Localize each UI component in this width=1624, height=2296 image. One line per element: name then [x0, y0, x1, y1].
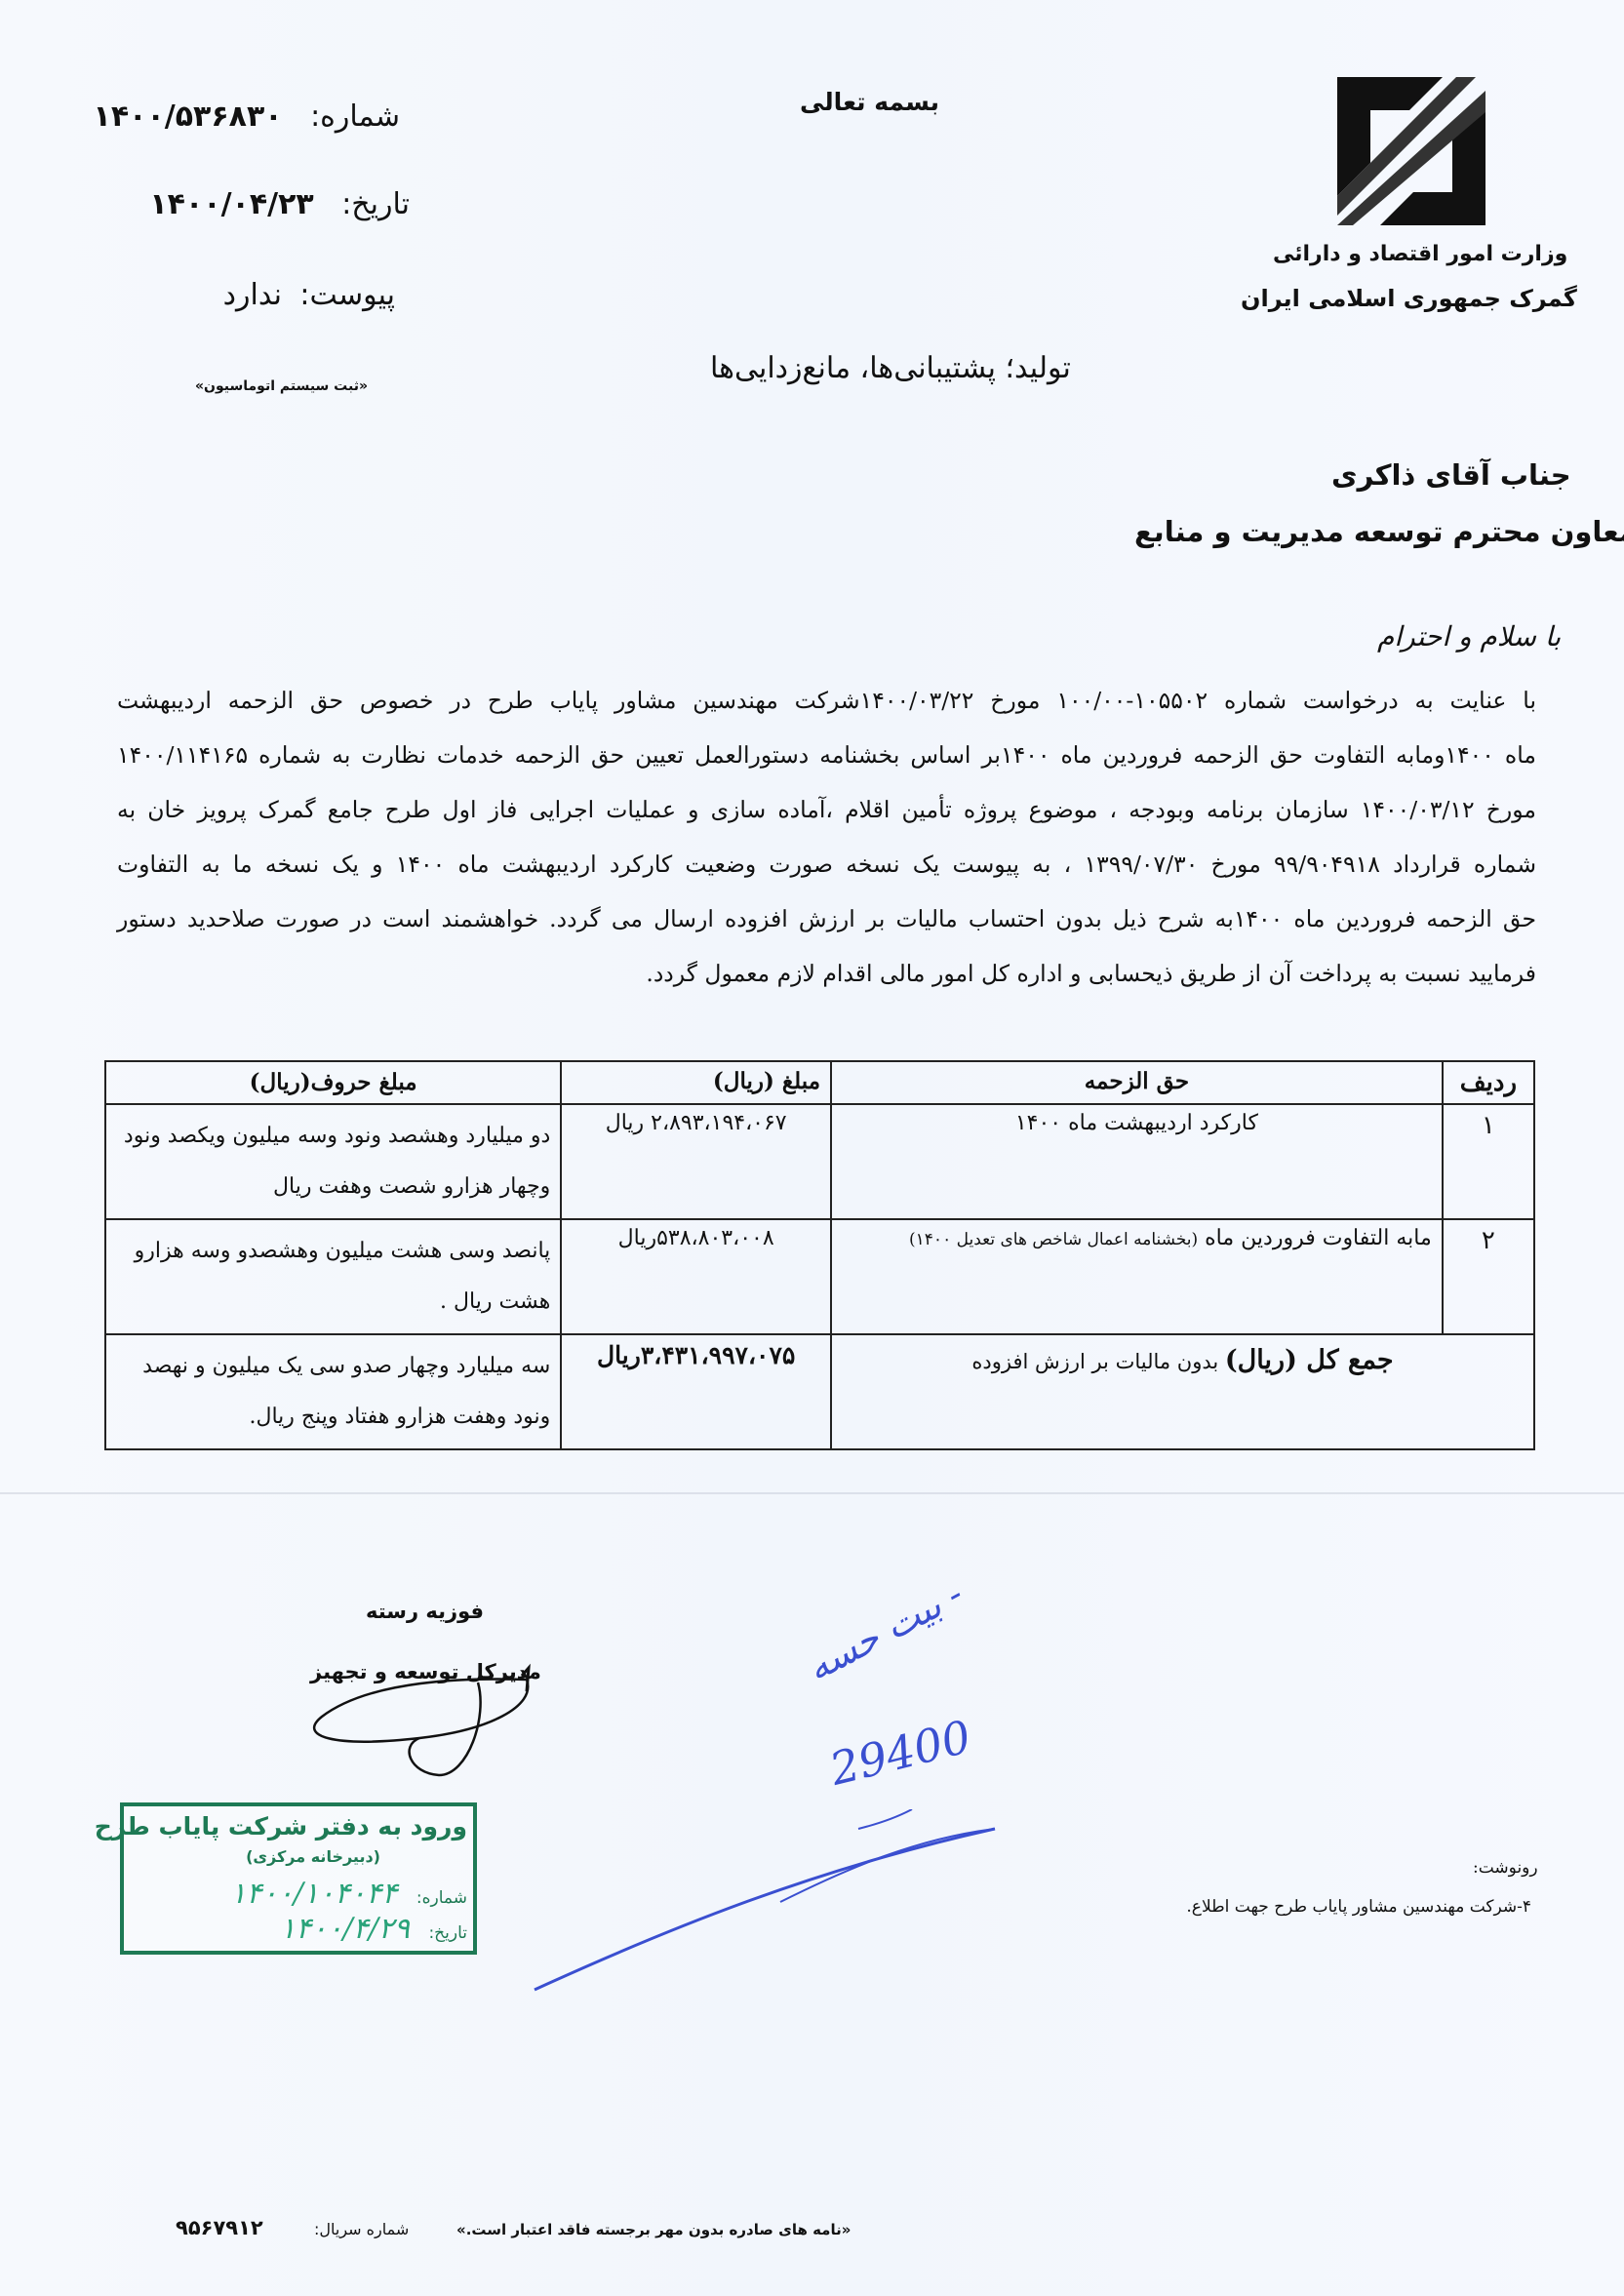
header-amount: مبلغ (ریال)	[561, 1061, 831, 1104]
row-description: مابه التفاوت فروردین ماه (بخشنامه اعمال …	[831, 1219, 1443, 1334]
letter-attachment: پیوست: ندارد	[200, 278, 395, 312]
row-amount-words: دو میلیارد وهشصد ونود وسه میلیون ویکصد و…	[105, 1104, 561, 1219]
row-index: ۲	[1443, 1219, 1534, 1334]
row-description-note: (بخشنامه اعمال شاخص های تعدیل ۱۴۰۰)	[909, 1230, 1198, 1249]
body-line: فرمایید نسبت به پرداخت آن از طریق ذیحساب…	[117, 946, 1536, 1001]
row-description-text: مابه التفاوت فروردین ماه	[1205, 1226, 1432, 1250]
serial-label: شماره سریال:	[314, 2220, 409, 2238]
handwritten-note-text: - بیت حسه	[800, 1572, 970, 1690]
stamp-number-label: شماره:	[416, 1888, 467, 1908]
letter-number-label: شماره:	[310, 99, 400, 134]
recipient-title: معاون محترم توسعه مدیریت و منابع	[1134, 515, 1624, 548]
stamp-date-label: تاریخ:	[428, 1923, 467, 1943]
greeting: با سلام و احترام	[1377, 620, 1561, 653]
row-amount-words: پانصد وسی هشت میلیون وهشصدو وسه هزارو هش…	[105, 1219, 561, 1334]
serial-value: ۹۵۶۷۹۱۲	[176, 2216, 263, 2239]
body-line: با عنایت به درخواست شماره ۱۰۵۵۰۲-۱۰۰/۰۰ …	[117, 673, 1536, 728]
stamp-number-value: ۱۴۰۰/۱۰۴۰۴۴	[230, 1877, 397, 1911]
stamp-date: تاریخ: ۱۴۰۰/۴/۲۹	[280, 1912, 467, 1946]
letter-date: تاریخ: ۱۴۰۰/۰۴/۲۳	[117, 187, 410, 221]
body-line: ماه ۱۴۰۰ومابه التفاوت حق الزحمه فروردین …	[117, 728, 1536, 782]
approval-signature-stroke-icon	[527, 1809, 1014, 2004]
table-total-row: جمع کل (ریال) بدون مالیات بر ارزش افزوده…	[105, 1334, 1534, 1449]
row-amount: ۲،۸۹۳،۱۹۴،۰۶۷ ریال	[561, 1104, 831, 1219]
signatory-name: فوزیه رسته	[366, 1600, 484, 1623]
body-line: حق الزحمه فروردین ماه ۱۴۰۰به شرح ذیل بدو…	[117, 891, 1536, 946]
bismillah-heading: بسمه تعالی	[800, 88, 939, 116]
entry-stamp: ورود به دفتر شرکت پایاب طرح (دبیرخانه مر…	[120, 1802, 477, 1955]
stamp-number: شماره: ۱۴۰۰/۱۰۴۰۴۴	[230, 1877, 467, 1911]
table-row: ۱ کارکرد اردیبهشت ماه ۱۴۰۰ ۲،۸۹۳،۱۹۴،۰۶۷…	[105, 1104, 1534, 1219]
total-label: جمع کل (ریال) بدون مالیات بر ارزش افزوده	[831, 1334, 1534, 1449]
attachment-label: پیوست:	[299, 278, 395, 312]
total-label-text: جمع کل (ریال) بدون مالیات بر ارزش افزوده	[971, 1345, 1393, 1375]
stamp-title: ورود به دفتر شرکت پایاب طرح	[95, 1812, 467, 1841]
row-description: کارکرد اردیبهشت ماه ۱۴۰۰	[831, 1104, 1443, 1219]
total-label-rest: بدون مالیات بر ارزش افزوده	[971, 1350, 1225, 1373]
total-label-bold: جمع کل (ریال)	[1225, 1345, 1394, 1375]
header-amount-words: مبلغ حروف(ریال)	[105, 1061, 561, 1104]
footer-notice: «نامه های صادره بدون مهر برجسته فاقد اعت…	[456, 2221, 851, 2238]
letter-date-label: تاریخ:	[341, 187, 410, 221]
slogan: تولید؛ پشتیبانی‌ها، مانع‌زدایی‌ها	[710, 351, 1071, 385]
body-line: مورخ ۱۴۰۰/۰۳/۱۲ سازمان برنامه وبودجه ، م…	[117, 782, 1536, 837]
row-amount: ۵۳۸،۸۰۳،۰۰۸ریال	[561, 1219, 831, 1334]
table-header-row: ردیف حق الزحمه مبلغ (ریال) مبلغ حروف(ریا…	[105, 1061, 1534, 1104]
total-amount-words: سه میلیارد وچهار صدو سی یک میلیون و نهصد…	[105, 1334, 561, 1449]
letter-number-value: ۱۴۰۰/۵۳۶۸۳۰	[94, 99, 283, 134]
cc-item: ۴-شرکت مهندسین مشاور پایاب طرح جهت اطلاع…	[1170, 1897, 1531, 1917]
header-description: حق الزحمه	[831, 1061, 1443, 1104]
recipient-name: جناب آقای ذاکری	[1331, 458, 1571, 492]
header-index: ردیف	[1443, 1061, 1534, 1104]
customs-name: گمرک جمهوری اسلامی ایران	[1241, 285, 1577, 312]
ministry-name: وزارت امور اقتصاد و دارائی	[1273, 242, 1567, 266]
table-row: ۲ مابه التفاوت فروردین ماه (بخشنامه اعما…	[105, 1219, 1534, 1334]
paper-fold-line	[0, 1492, 1624, 1494]
row-index: ۱	[1443, 1104, 1534, 1219]
cc-label: رونوشت:	[1473, 1858, 1538, 1878]
body-paragraph: با عنایت به درخواست شماره ۱۰۵۵۰۲-۱۰۰/۰۰ …	[117, 673, 1536, 1001]
row-description-text: کارکرد اردیبهشت ماه ۱۴۰۰	[1015, 1111, 1258, 1135]
stamp-subtitle: (دبیرخانه مرکزی)	[246, 1847, 380, 1866]
letter-number: شماره: ۱۴۰۰/۵۳۶۸۳۰	[107, 99, 400, 134]
letter-date-value: ۱۴۰۰/۰۴/۲۳	[149, 187, 313, 221]
total-amount: ۳،۴۳۱،۹۹۷،۰۷۵ریال	[561, 1334, 831, 1449]
stamp-date-value: ۱۴۰۰/۴/۲۹	[280, 1912, 410, 1946]
letter-page: بسمه تعالی شماره: ۱۴۰۰/۵۳۶۸۳۰ تاریخ: ۱۴۰…	[0, 0, 1624, 2296]
fees-table: ردیف حق الزحمه مبلغ (ریال) مبلغ حروف(ریا…	[104, 1060, 1535, 1450]
body-line: شماره قرارداد ۹۹/۹۰۴۹۱۸ مورخ ۱۳۹۹/۰۷/۳۰ …	[117, 837, 1536, 891]
handwritten-note-number: 29400	[825, 1710, 976, 1796]
attachment-value: ندارد	[223, 278, 282, 312]
automation-registration-note: «ثبت سیستم اتوماسیون»	[195, 378, 368, 394]
customs-emblem-icon	[1333, 73, 1489, 229]
signature-scribble-icon	[293, 1658, 546, 1795]
